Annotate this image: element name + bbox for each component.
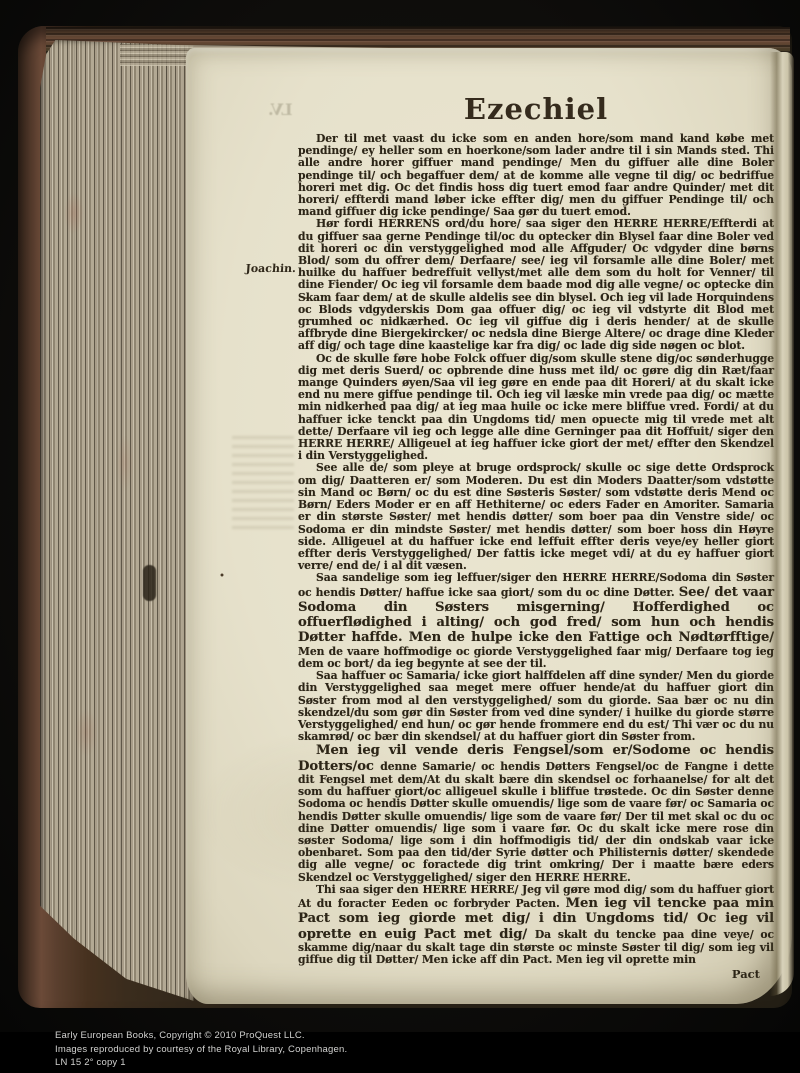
fanned-page-edges	[40, 40, 194, 1002]
text-segment: Saa haffuer oc Samaria/ icke giort halff…	[298, 669, 774, 743]
paragraph: Hør fordi HERRENS ord/du hore/ saa siger…	[298, 218, 774, 352]
text-segment: Oc de skulle føre hobe Folck offuer dig/…	[298, 352, 774, 463]
margin-note-joachin: Joachin.	[242, 262, 297, 275]
paragraphs: Der til met vaast du icke som en anden h…	[298, 133, 774, 966]
page-title: Ezechiel	[298, 92, 774, 126]
paragraph: Saa sandelige som ieg leffuer/siger den …	[298, 572, 774, 670]
paragraph: Oc de skulle føre hobe Folck offuer dig/…	[298, 353, 774, 463]
text-segment: See alle de/ som pleye at bruge ordsproc…	[298, 461, 774, 572]
text-segment: denne Samarie/ oc hendis Døtters Fengsel…	[298, 760, 774, 884]
caption-line-shelfmark: LN 15 2° copy 1	[55, 1056, 347, 1070]
text-block: Ezechiel Der til met vaast du icke som e…	[298, 92, 774, 981]
text-segment: Der til met vaast du icke som en anden h…	[298, 132, 774, 218]
caption-line-courtesy: Images reproduced by courtesy of the Roy…	[55, 1043, 347, 1057]
paragraph: Saa haffuer oc Samaria/ icke giort halff…	[298, 670, 774, 743]
showthrough-margin-note	[232, 436, 294, 532]
fore-edge-curl	[770, 52, 794, 996]
catchword: Pact	[298, 967, 774, 981]
text-segment: Hør fordi HERRENS ord/du hore/ saa siger…	[298, 217, 774, 352]
showthrough-folio-number: LV.	[268, 100, 293, 119]
edge-stain	[143, 565, 156, 601]
paragraph: See alle de/ som pleye at bruge ordsproc…	[298, 462, 774, 572]
caption-line-copyright: Early European Books, Copyright © 2010 P…	[55, 1029, 347, 1043]
paragraph: Der til met vaast du icke som en anden h…	[298, 133, 774, 218]
text-segment: Men de vaare hoffmodige oc giorde Versty…	[298, 645, 774, 670]
paragraph: Men ieg vil vende deris Fengsel/som er/S…	[298, 743, 774, 883]
book-scan: LV. Joachin. Ezechiel Der til met vaast …	[0, 0, 800, 1073]
paragraph: Thi saa siger den HERRE HERRE/ Jeg vil g…	[298, 884, 774, 967]
book-page: LV. Joachin. Ezechiel Der til met vaast …	[186, 48, 792, 1004]
copyright-caption: Early European Books, Copyright © 2010 P…	[55, 1029, 347, 1070]
